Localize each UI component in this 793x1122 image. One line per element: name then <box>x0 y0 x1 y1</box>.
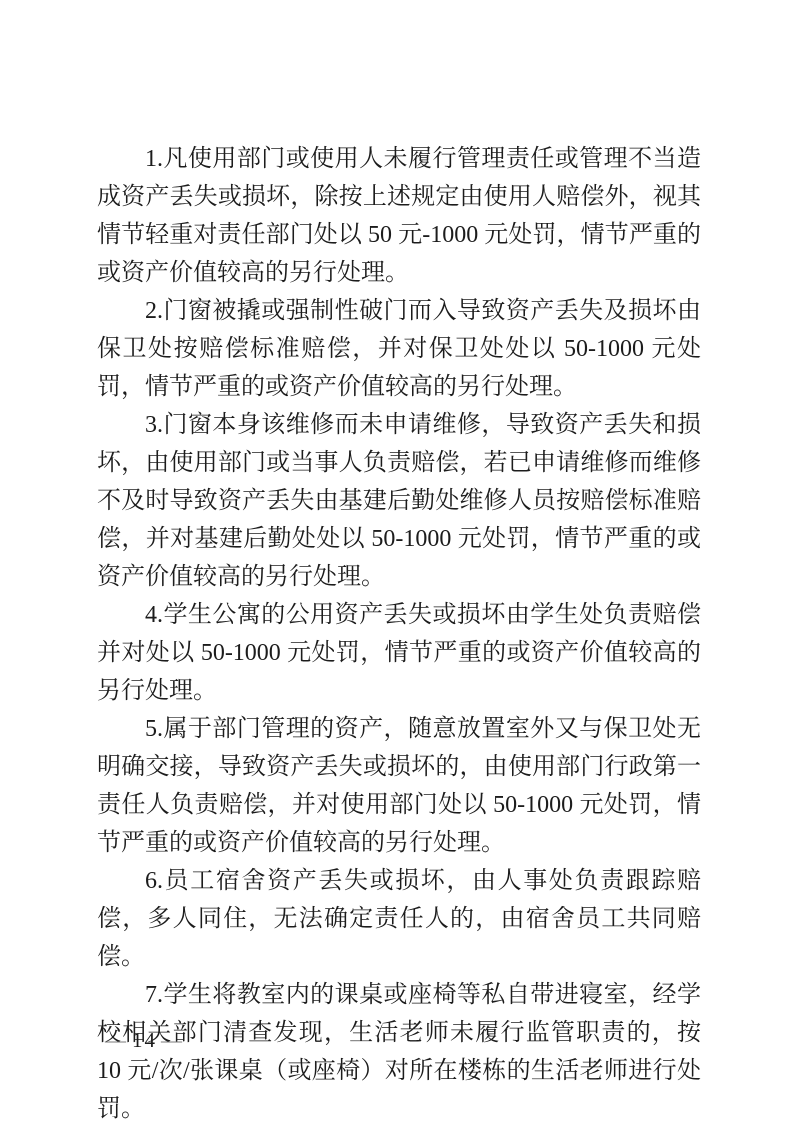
document-page: 1.凡使用部门或使用人未履行管理责任或管理不当造成资产丢失或损坏，除按上述规定由… <box>0 0 793 1122</box>
paragraph-2: 2.门窗被撬或强制性破门而入导致资产丢失及损坏由保卫处按赔偿标准赔偿，并对保卫处… <box>97 292 701 406</box>
page-number: 14 <box>128 1028 161 1052</box>
paragraph-6: 6.员工宿舍资产丢失或损坏，由人事处负责跟踪赔偿，多人同住，无法确定责任人的，由… <box>97 862 701 976</box>
footer-right-dash: — <box>161 1028 184 1052</box>
paragraph-3: 3.门窗本身该维修而未申请维修，导致资产丢失和损坏，由使用部门或当事人负责赔偿，… <box>97 406 701 596</box>
paragraph-7: 7.学生将教室内的课桌或座椅等私自带进寝室，经学校相关部门清查发现，生活老师未履… <box>97 976 701 1122</box>
footer-left-dash: — <box>105 1028 128 1052</box>
page-footer: —14— <box>105 1028 184 1053</box>
paragraph-5: 5.属于部门管理的资产，随意放置室外又与保卫处无明确交接，导致资产丢失或损坏的，… <box>97 710 701 862</box>
paragraph-4: 4.学生公寓的公用资产丢失或损坏由学生处负责赔偿并对处以 50-1000 元处罚… <box>97 596 701 710</box>
document-body: 1.凡使用部门或使用人未履行管理责任或管理不当造成资产丢失或损坏，除按上述规定由… <box>97 140 701 1122</box>
paragraph-1: 1.凡使用部门或使用人未履行管理责任或管理不当造成资产丢失或损坏，除按上述规定由… <box>97 140 701 292</box>
